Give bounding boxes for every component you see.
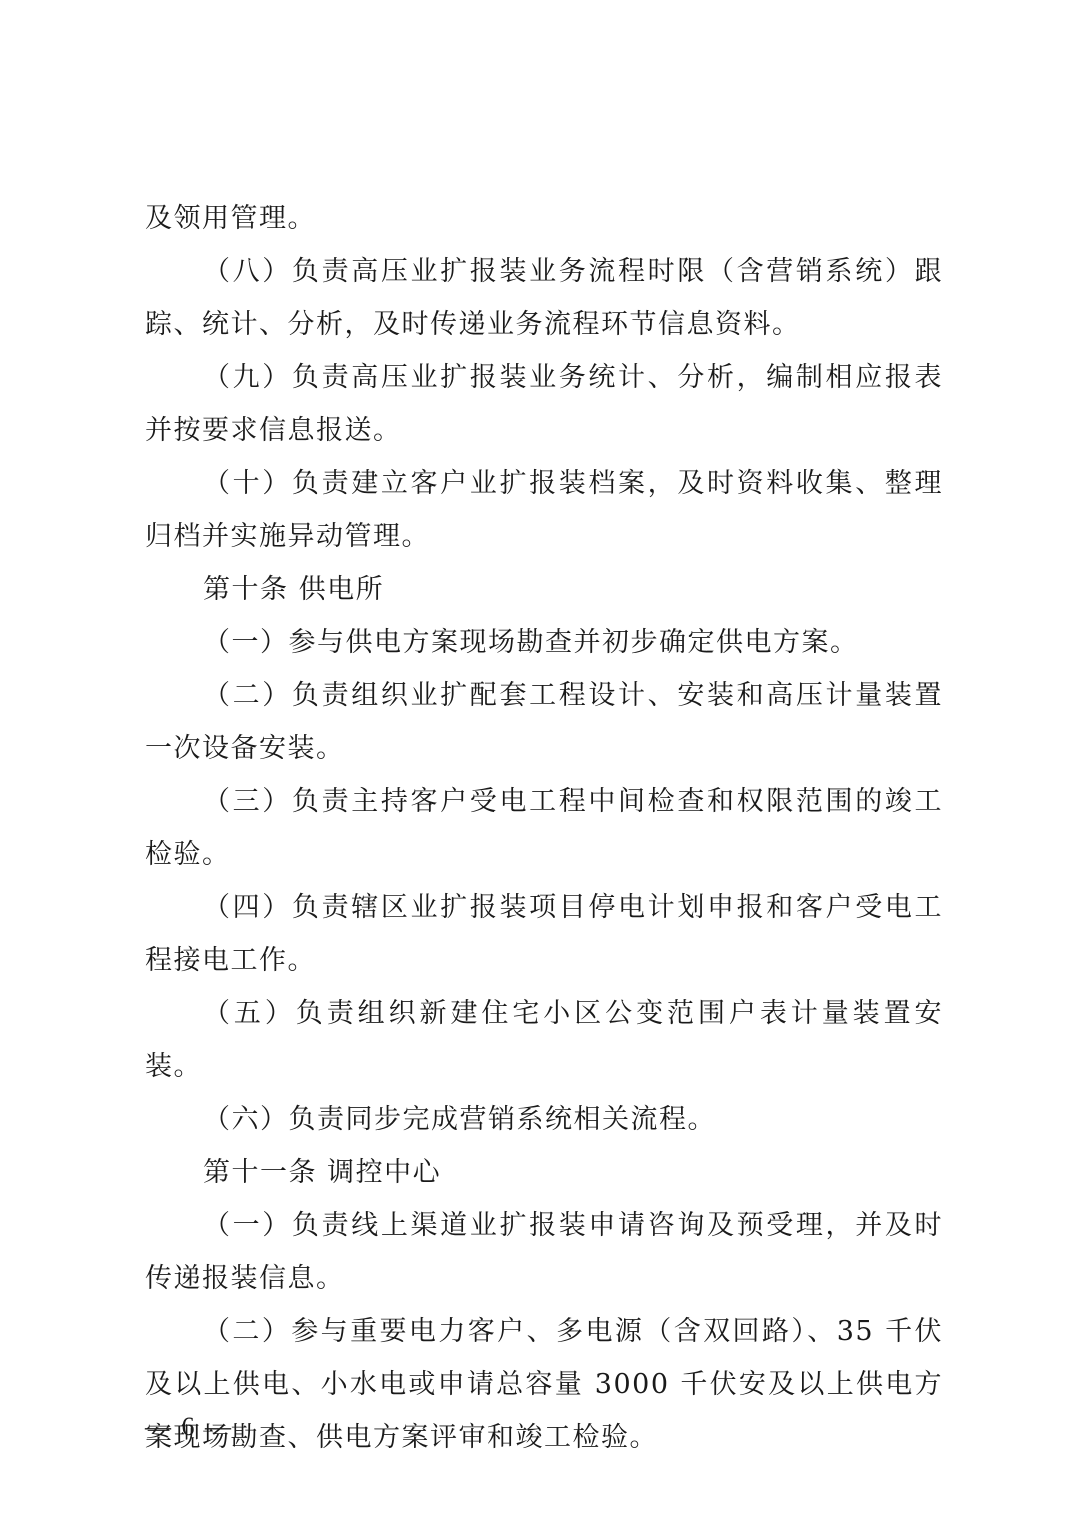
paragraph-a11-item-1: （一）负责线上渠道业扩报装申请咨询及预受理，并及时传递报装信息。 [145,1199,943,1305]
paragraph-a10-item-1: （一）参与供电方案现场勘查并初步确定供电方案。 [145,616,943,669]
paragraph-item-8: （八）负责高压业扩报装业务流程时限（含营销系统）跟踪、统计、分析，及时传递业务流… [145,245,943,351]
paragraph-a10-item-2: （二）负责组织业扩配套工程设计、安装和高压计量装置一次设备安装。 [145,669,943,775]
paragraph-item-9: （九）负责高压业扩报装业务统计、分析，编制相应报表并按要求信息报送。 [145,351,943,457]
paragraph-a10-item-6: （六）负责同步完成营销系统相关流程。 [145,1093,943,1146]
document-page: 及领用管理。 （八）负责高压业扩报装业务流程时限（含营销系统）跟踪、统计、分析，… [145,192,943,1464]
paragraph-item-10: （十）负责建立客户业扩报装档案，及时资料收集、整理归档并实施异动管理。 [145,457,943,563]
paragraph-a10-item-3: （三）负责主持客户受电工程中间检查和权限范围的竣工检验。 [145,775,943,881]
article-10-heading: 第十条 供电所 [145,563,943,616]
page-number: — 6 — [145,1412,233,1442]
paragraph-a10-item-5: （五）负责组织新建住宅小区公变范围户表计量装置安装。 [145,987,943,1093]
paragraph-continuation: 及领用管理。 [145,192,943,245]
paragraph-a11-item-2: （二）参与重要电力客户、多电源（含双回路）、35 千伏及以上供电、小水电或申请总… [145,1305,943,1464]
paragraph-a10-item-4: （四）负责辖区业扩报装项目停电计划申报和客户受电工程接电工作。 [145,881,943,987]
article-11-heading: 第十一条 调控中心 [145,1146,943,1199]
